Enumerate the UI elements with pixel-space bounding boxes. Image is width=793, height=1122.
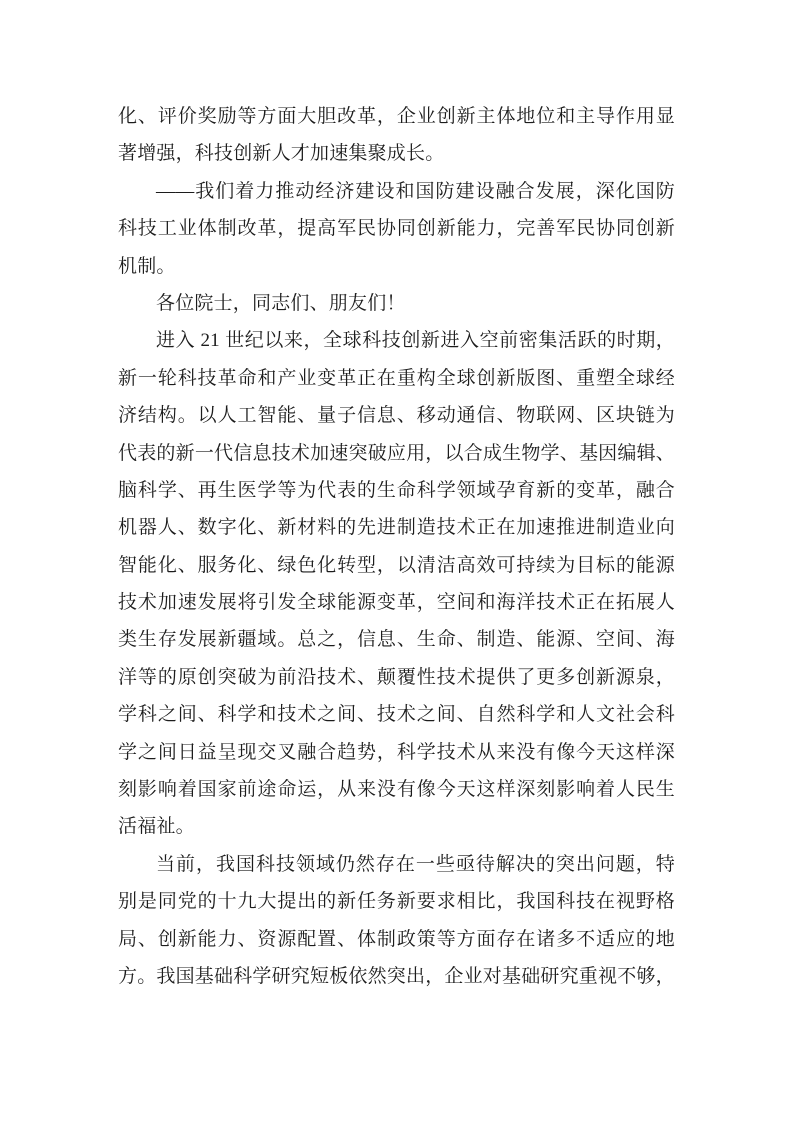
text-line: 进入 21 世纪以来，全球科技创新进入空前密集活跃的时期， bbox=[118, 322, 675, 359]
text-line: 局、创新能力、资源配置、体制政策等方面存在诸多不适应的地 bbox=[118, 921, 675, 958]
text-line: 智能化、服务化、绿色化转型，以清洁高效可持续为目标的能源 bbox=[118, 547, 675, 584]
document-page: 化、评价奖励等方面大胆改革，企业创新主体地位和主导作用显著增强，科技创新人才加速… bbox=[0, 0, 793, 1122]
text-line: 著增强，科技创新人才加速集聚成长。 bbox=[118, 135, 675, 172]
text-line: 学科之间、科学和技术之间、技术之间、自然科学和人文社会科 bbox=[118, 696, 675, 733]
text-line: 学之间日益呈现交叉融合趋势，科学技术从来没有像今天这样深 bbox=[118, 734, 675, 771]
text-line: 洋等的原创突破为前沿技术、颠覆性技术提供了更多创新源泉， bbox=[118, 659, 675, 696]
text-line: 刻影响着国家前途命运，从来没有像今天这样深刻影响着人民生 bbox=[118, 771, 675, 808]
text-line: 科技工业体制改革，提高军民协同创新能力，完善军民协同创新 bbox=[118, 210, 675, 247]
text-line: 济结构。以人工智能、量子信息、移动通信、物联网、区块链为 bbox=[118, 397, 675, 434]
text-line: 新一轮科技革命和产业变革正在重构全球创新版图、重塑全球经 bbox=[118, 360, 675, 397]
text-line: 当前，我国科技领域仍然存在一些亟待解决的突出问题，特 bbox=[118, 846, 675, 883]
text-line: 机制。 bbox=[118, 248, 675, 285]
text-line: 类生存发展新疆域。总之，信息、生命、制造、能源、空间、海 bbox=[118, 621, 675, 658]
text-line: 化、评价奖励等方面大胆改革，企业创新主体地位和主导作用显 bbox=[118, 98, 675, 135]
text-line: 代表的新一代信息技术加速突破应用，以合成生物学、基因编辑、 bbox=[118, 435, 675, 472]
paragraph-2: ——我们着力推动经济建设和国防建设融合发展，深化国防科技工业体制改革，提高军民协… bbox=[118, 173, 675, 285]
paragraph-5: 当前，我国科技领域仍然存在一些亟待解决的突出问题，特别是同党的十九大提出的新任务… bbox=[118, 846, 675, 996]
text-line: 方。我国基础科学研究短板依然突出，企业对基础研究重视不够， bbox=[118, 958, 675, 995]
text-line: ——我们着力推动经济建设和国防建设融合发展，深化国防 bbox=[118, 173, 675, 210]
text-line: 脑科学、再生医学等为代表的生命科学领域孕育新的变革，融合 bbox=[118, 472, 675, 509]
paragraph-1: 化、评价奖励等方面大胆改革，企业创新主体地位和主导作用显著增强，科技创新人才加速… bbox=[118, 98, 675, 173]
text-line: 别是同党的十九大提出的新任务新要求相比，我国科技在视野格 bbox=[118, 883, 675, 920]
text-line: 机器人、数字化、新材料的先进制造技术正在加速推进制造业向 bbox=[118, 509, 675, 546]
paragraph-4: 进入 21 世纪以来，全球科技创新进入空前密集活跃的时期，新一轮科技革命和产业变… bbox=[118, 322, 675, 845]
text-column: 化、评价奖励等方面大胆改革，企业创新主体地位和主导作用显著增强，科技创新人才加速… bbox=[118, 98, 675, 995]
text-line: 活福祉。 bbox=[118, 808, 675, 845]
text-line: 各位院士，同志们、朋友们！ bbox=[118, 285, 675, 322]
paragraph-3: 各位院士，同志们、朋友们！ bbox=[118, 285, 675, 322]
text-line: 技术加速发展将引发全球能源变革，空间和海洋技术正在拓展人 bbox=[118, 584, 675, 621]
